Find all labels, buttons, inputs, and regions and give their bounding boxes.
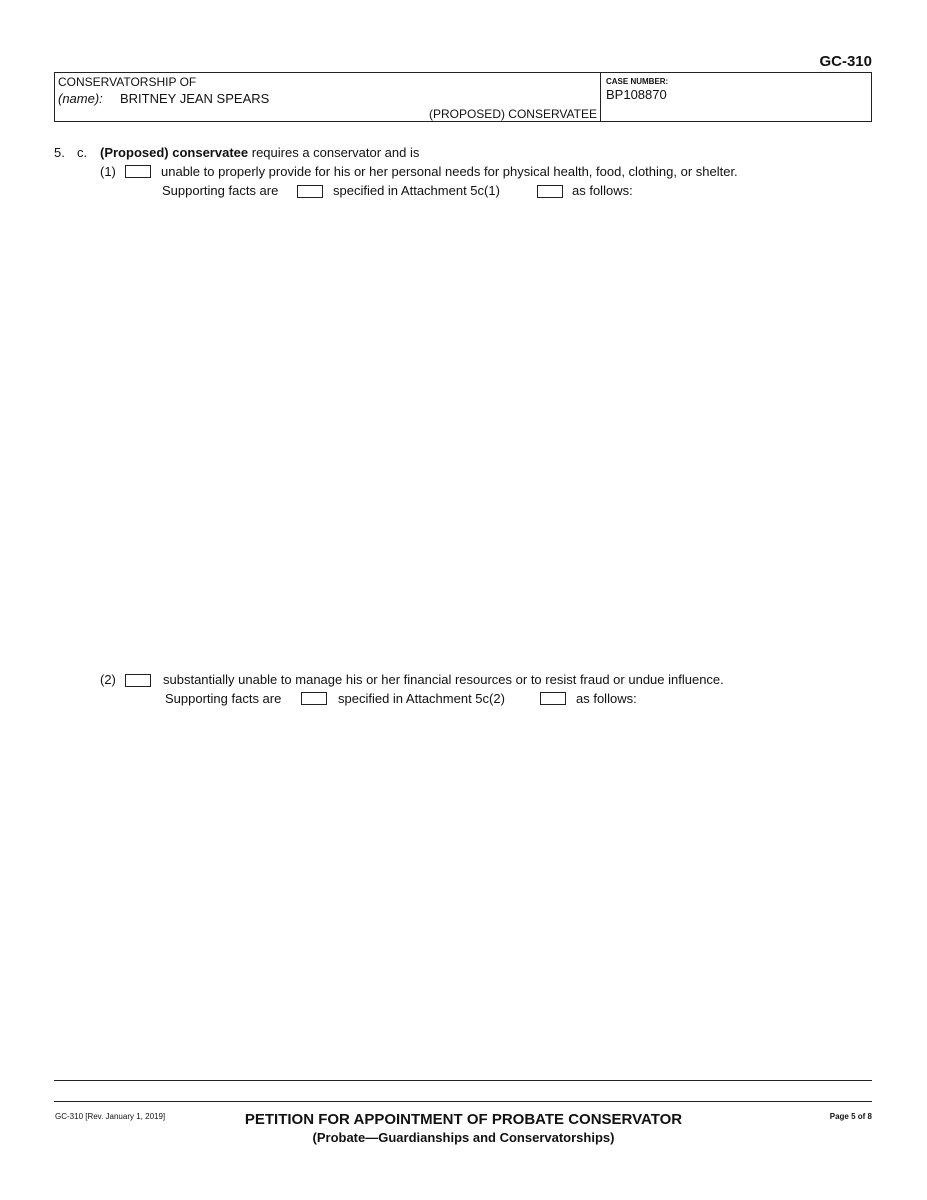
name-label: (name): [58, 91, 103, 106]
caption-title: CONSERVATORSHIP OF [58, 75, 196, 89]
subitem-2-facts-area[interactable] [100, 712, 872, 1072]
conservatee-caption: CONSERVATORSHIP OF (name): BRITNEY JEAN … [55, 73, 601, 121]
subitem-2-attachment-text: specified in Attachment 5c(2) [338, 691, 505, 706]
subitem-2-attachment-checkbox[interactable] [301, 692, 327, 705]
case-number-field[interactable]: BP108870 [606, 87, 667, 102]
case-number-label: CASE NUMBER: [606, 77, 668, 86]
subitem-1-facts-area[interactable] [100, 205, 872, 660]
subitem-2-number: (2) [100, 672, 116, 687]
form-title: PETITION FOR APPOINTMENT OF PROBATE CONS… [0, 1111, 927, 1128]
heading-bold: (Proposed) conservatee [100, 145, 248, 160]
caption-role: (PROPOSED) CONSERVATEE [429, 107, 597, 121]
item-number: 5. [54, 145, 65, 160]
caption-box: CONSERVATORSHIP OF (name): BRITNEY JEAN … [54, 72, 872, 122]
form-subtitle: (Probate—Guardianships and Conservatorsh… [0, 1130, 927, 1145]
subitem-1-text: unable to properly provide for his or he… [161, 164, 738, 179]
footer-divider-top [54, 1080, 872, 1081]
subitem-2-checkbox[interactable] [125, 674, 151, 687]
subitem-1-as-follows-checkbox[interactable] [537, 185, 563, 198]
subitem-2-text: substantially unable to manage his or he… [163, 672, 724, 687]
subitem-2-as-follows-text: as follows: [576, 691, 637, 706]
subitem-1-supporting-label: Supporting facts are [162, 183, 278, 198]
page-number: Page 5 of 8 [830, 1112, 872, 1121]
item-letter: c. [77, 145, 87, 160]
section-5c-heading: (Proposed) conservatee requires a conser… [100, 145, 419, 160]
subitem-1-checkbox[interactable] [125, 165, 151, 178]
subitem-1-attachment-text: specified in Attachment 5c(1) [333, 183, 500, 198]
subitem-1-as-follows-text: as follows: [572, 183, 633, 198]
case-number-box: CASE NUMBER: BP108870 [601, 73, 871, 121]
subitem-2-as-follows-checkbox[interactable] [540, 692, 566, 705]
subitem-1-number: (1) [100, 164, 116, 179]
form-number: GC-310 [819, 53, 872, 70]
conservatee-name-field[interactable]: BRITNEY JEAN SPEARS [120, 91, 269, 106]
subitem-2-supporting-label: Supporting facts are [165, 691, 281, 706]
subitem-1-attachment-checkbox[interactable] [297, 185, 323, 198]
heading-rest: requires a conservator and is [252, 145, 420, 160]
footer-divider-bottom [54, 1101, 872, 1102]
